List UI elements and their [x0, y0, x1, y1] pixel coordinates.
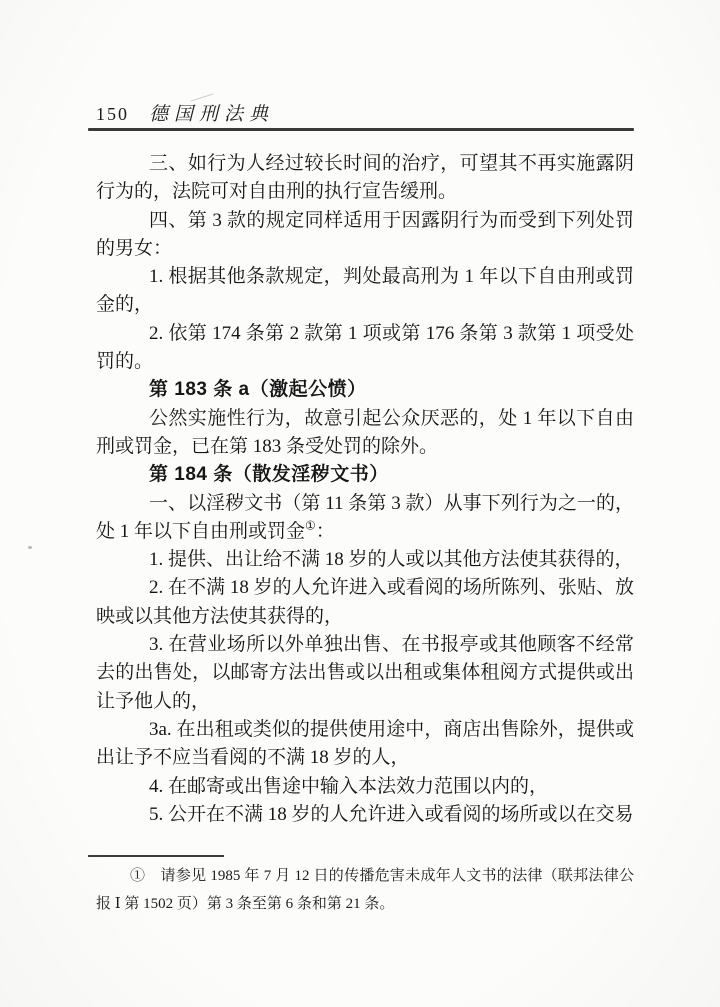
paragraph: 三、如行为人经过较长时间的治疗，可望其不再实施露阴行为的，法院可对自由刑的执行宣…	[96, 150, 634, 207]
scan-artifact	[28, 546, 32, 549]
paragraph: 1. 提供、出让给不满 18 岁的人或以其他方法使其获得的，	[96, 546, 634, 574]
book-page: 150德国刑法典 三、如行为人经过较长时间的治疗，可望其不再实施露阴行为的，法院…	[0, 0, 720, 1007]
paragraph: 3. 在营业场所以外单独出售、在书报亭或其他顾客不经常去的出售处，以邮寄方法出售…	[96, 631, 634, 716]
paragraph: 1. 根据其他条款规定，判处最高刑为 1 年以下自由刑或罚金的，	[96, 263, 634, 320]
book-title: 德国刑法典	[149, 104, 274, 125]
paragraph: 3a. 在出租或类似的提供使用途中，商店出售除外，提供或出让予不应当看阅的不满 …	[96, 716, 634, 773]
header-rule	[88, 128, 634, 131]
paragraph: 5. 公开在不满 18 岁的人允许进入或看阅的场所或以在交易	[96, 801, 634, 829]
paragraph: 4. 在邮寄或出售途中输入本法效力范围以内的，	[96, 773, 634, 801]
paragraph: 四、第 3 款的规定同样适用于因露阴行为而受到下列处罚的男女：	[96, 207, 634, 264]
page-header: 150德国刑法典	[96, 99, 634, 126]
page-number: 150	[96, 104, 129, 124]
paragraph: 公然实施性行为，故意引起公众厌恶的，处 1 年以下自由刑或罚金，已在第 183 …	[96, 405, 634, 462]
paragraph: 2. 在不满 18 岁的人允许进入或看阅的场所陈列、张贴、放映或以其他方法使其获…	[96, 574, 634, 631]
paragraph: 一、以淫秽文书（第 11 条第 3 款）从事下列行为之一的，处 1 年以下自由刑…	[96, 490, 634, 547]
paragraph: 2. 依第 174 条第 2 款第 1 项或第 176 条第 3 款第 1 项受…	[96, 320, 634, 377]
footnote-rule	[88, 855, 224, 857]
section-heading: 第 183 条 a（激起公愤）	[96, 376, 634, 404]
body-text: 三、如行为人经过较长时间的治疗，可望其不再实施露阴行为的，法院可对自由刑的执行宣…	[96, 150, 634, 829]
footnote-ref-marker: ①	[305, 519, 316, 533]
footnote: ① 请参见 1985 年 7 月 12 日的传播危害未成年人文书的法律（联邦法律…	[96, 863, 634, 918]
section-heading: 第 184 条（散发淫秽文书）	[96, 461, 634, 489]
